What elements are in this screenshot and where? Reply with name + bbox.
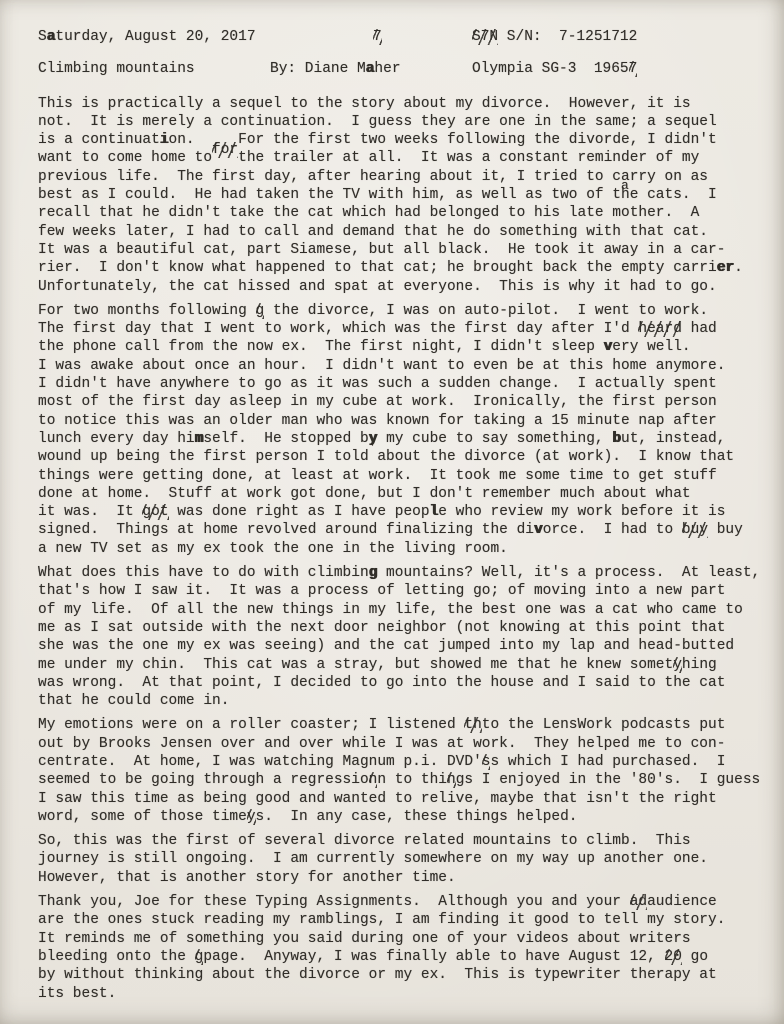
text-run: By: Diane M bbox=[270, 61, 366, 77]
paragraph: Thank you, Joe for these Typing Assignme… bbox=[38, 893, 758, 1003]
document-page: Saturday, August 20, 2017 7 S7N S/N: 7-1… bbox=[0, 0, 784, 1024]
text-run: Unfortunately, the cat hissed and spat a… bbox=[38, 279, 717, 295]
header-row-1: Saturday, August 20, 2017 7 S7N S/N: 7-1… bbox=[38, 28, 758, 46]
header-page-number: 7 bbox=[373, 28, 382, 46]
struck-text: th bbox=[464, 717, 481, 733]
text-run: not. It is merely a continuation. I gues… bbox=[38, 114, 717, 130]
text-run: about the divorce (at work). I know that bbox=[369, 449, 734, 465]
paragraph: This is practically a sequel to the stor… bbox=[38, 95, 758, 296]
text-run: he cats. I bbox=[621, 187, 717, 203]
text-run: want to come home to bbox=[38, 150, 212, 166]
text-run: of my life. Of all the new things in my … bbox=[38, 602, 743, 618]
overstruck-text: v bbox=[604, 339, 613, 355]
text-run: to notice this was an older man who was … bbox=[38, 413, 717, 429]
text-run: However, that is another story for anoth… bbox=[38, 870, 456, 886]
struck-text: 7 bbox=[373, 29, 382, 45]
paragraph: For two months following g the divorce, … bbox=[38, 302, 758, 558]
text-run: previous life. The first day, after hear… bbox=[38, 169, 708, 185]
document-header: Saturday, August 20, 2017 7 S7N S/N: 7-1… bbox=[38, 28, 758, 79]
text-run: The first day that I went to work, which… bbox=[38, 321, 638, 337]
text-run: by without thinking about the divorce or… bbox=[38, 967, 717, 983]
paragraph: So, this was the first of several divorc… bbox=[38, 832, 758, 887]
struck-text: ad bbox=[630, 894, 647, 910]
struck-text: y bbox=[247, 809, 256, 825]
document-title: Climbing mountains bbox=[38, 60, 195, 78]
struck-text: g bbox=[256, 303, 265, 319]
text-run: was done right as I have peop bbox=[169, 504, 430, 520]
text-run: It was a beautiful cat, part Siamese, bu… bbox=[38, 242, 725, 258]
overstruck-text: i bbox=[160, 132, 169, 148]
text-run: she was the one my ex was seeing) and th… bbox=[38, 638, 734, 654]
text-run: ut, instead, bbox=[621, 431, 725, 447]
text-run: self. He stopped b bbox=[203, 431, 368, 447]
text-run: the phone call from the now ex. The firs… bbox=[38, 339, 604, 355]
text-run: wound up being the first person I told bbox=[38, 449, 369, 465]
struck-text: 20 bbox=[665, 949, 682, 965]
text-run: So, this was the first of several divorc… bbox=[38, 833, 691, 849]
text-run: S/N: 7-1251712 bbox=[498, 29, 637, 45]
struck-text: 7 bbox=[629, 61, 638, 77]
text-run: What does this have to do with climbin bbox=[38, 565, 369, 581]
text-run: was wrong. At that point, I decided to g… bbox=[38, 675, 725, 691]
text-run: s which I had purchased. I bbox=[490, 754, 725, 770]
overstruck-text: b bbox=[612, 431, 621, 447]
text-run: things were getting done, at least at wo… bbox=[38, 468, 717, 484]
header-date: Saturday, August 20, 2017 bbox=[38, 28, 256, 46]
text-run: my cube to say something, bbox=[377, 431, 612, 447]
text-run: This is practically a sequel to the stor… bbox=[38, 96, 691, 112]
text-run: gs I enjoyed in the '80's. I guess bbox=[456, 772, 761, 788]
text-run: s. In any case, these things helped. bbox=[256, 809, 578, 825]
text-run: centrate. At home, I was watching Magnum… bbox=[38, 754, 482, 770]
text-run: the divorce, I was on auto-pilot. I went… bbox=[264, 303, 708, 319]
overstruck-text: l bbox=[430, 504, 439, 520]
text-run: its best. bbox=[38, 986, 116, 1002]
overstruck-text: v bbox=[534, 522, 543, 538]
text-run: lunch every day hi bbox=[38, 431, 195, 447]
struck-text: n bbox=[447, 772, 456, 788]
text-run: signed. Things at home revolved around f… bbox=[38, 522, 534, 538]
text-run: buy bbox=[708, 522, 743, 538]
text-run: mountains? Well, it's a process. At leas… bbox=[377, 565, 760, 581]
text-run: I didn't have anywhere to go as it was s… bbox=[38, 376, 717, 392]
text-run: S bbox=[38, 29, 47, 45]
text-run: had bbox=[682, 321, 717, 337]
text-run: to the LensWork podcasts put bbox=[482, 717, 726, 733]
text-run: bleeding onto the bbox=[38, 949, 195, 965]
text-run: journey is still ongoing. I am currently… bbox=[38, 851, 708, 867]
text-run: ery well. bbox=[612, 339, 690, 355]
raised-correction: for bbox=[212, 142, 238, 158]
text-run: word, some of those time bbox=[38, 809, 247, 825]
text-run: few weeks later, I had to call and deman… bbox=[38, 224, 708, 240]
text-run: I saw this time as being good and wanted… bbox=[38, 791, 717, 807]
text-run: seemed to be going through a regressio bbox=[38, 772, 369, 788]
text-run: . bbox=[734, 260, 743, 276]
byline: By: Diane Maher bbox=[270, 60, 401, 78]
text-run: most of the first day asleep in my cube … bbox=[38, 394, 717, 410]
header-serial: S7N S/N: 7-1251712 bbox=[472, 28, 637, 46]
text-run: done at home. Stuff at work got done, bu… bbox=[38, 486, 691, 502]
text-run: her bbox=[374, 61, 400, 77]
struck-text: heard bbox=[638, 321, 682, 337]
document-body: This is practically a sequel to the stor… bbox=[38, 95, 758, 1003]
overstruck-text: er bbox=[717, 260, 734, 276]
text-run: that he could come in. bbox=[38, 693, 229, 709]
text-run: that's how I saw it. It was a process of… bbox=[38, 583, 725, 599]
text-run: me as I sat outside with the next door n… bbox=[38, 620, 725, 636]
text-run: it was. It bbox=[38, 504, 142, 520]
struck-text: buy bbox=[682, 522, 708, 538]
text-run: page. Anyway, I was finally able to have… bbox=[203, 949, 664, 965]
text-run: Olympia SG-3 1965 bbox=[472, 61, 629, 77]
text-run: orce. I had to bbox=[543, 522, 682, 538]
header-row-2: Climbing mountains By: Diane Maher Olymp… bbox=[38, 60, 758, 78]
text-run: rier. I don't know what happened to that… bbox=[38, 260, 717, 276]
text-run: best as I could. He had taken the TV wit… bbox=[38, 187, 621, 203]
paragraph: My emotions were on a roller coaster; I … bbox=[38, 716, 758, 826]
text-run: I was awake about once an hour. I didn't… bbox=[38, 358, 725, 374]
text-run: a new TV set as my ex took the one in th… bbox=[38, 541, 508, 557]
text-run: turday, August 20, 2017 bbox=[55, 29, 255, 45]
text-run: My emotions were on a roller coaster; I … bbox=[38, 717, 464, 733]
text-run: For two months following bbox=[38, 303, 256, 319]
text-run: me under my chin. This cat was a stray, … bbox=[38, 657, 673, 673]
text-run: n to thi bbox=[377, 772, 447, 788]
text-run: e who review my work before it is bbox=[438, 504, 725, 520]
struck-text: got bbox=[142, 504, 168, 520]
text-run: out by Brooks Jensen over and over while… bbox=[38, 736, 725, 752]
text-run: recall that he didn't take the cat which… bbox=[38, 205, 699, 221]
text-run: For the first two weeks following the di… bbox=[238, 132, 717, 148]
text-run: Thank you, Joe for these Typing Assignme… bbox=[38, 894, 630, 910]
text-run: the trailer at all. It was a constant re… bbox=[238, 150, 699, 166]
text-run: go bbox=[682, 949, 708, 965]
struck-text: y bbox=[673, 657, 682, 673]
text-run: audience bbox=[647, 894, 717, 910]
typewriter-model: Olympia SG-3 19657 bbox=[472, 60, 637, 78]
text-run: are the ones stuck reading my ramblings,… bbox=[38, 912, 725, 928]
text-run: hing bbox=[682, 657, 717, 673]
text-run: Climbing mountains bbox=[38, 61, 195, 77]
paragraph: What does this have to do with climbing … bbox=[38, 564, 758, 710]
struck-text: S7N bbox=[472, 29, 498, 45]
text-run: It reminds me of something you said duri… bbox=[38, 931, 691, 947]
